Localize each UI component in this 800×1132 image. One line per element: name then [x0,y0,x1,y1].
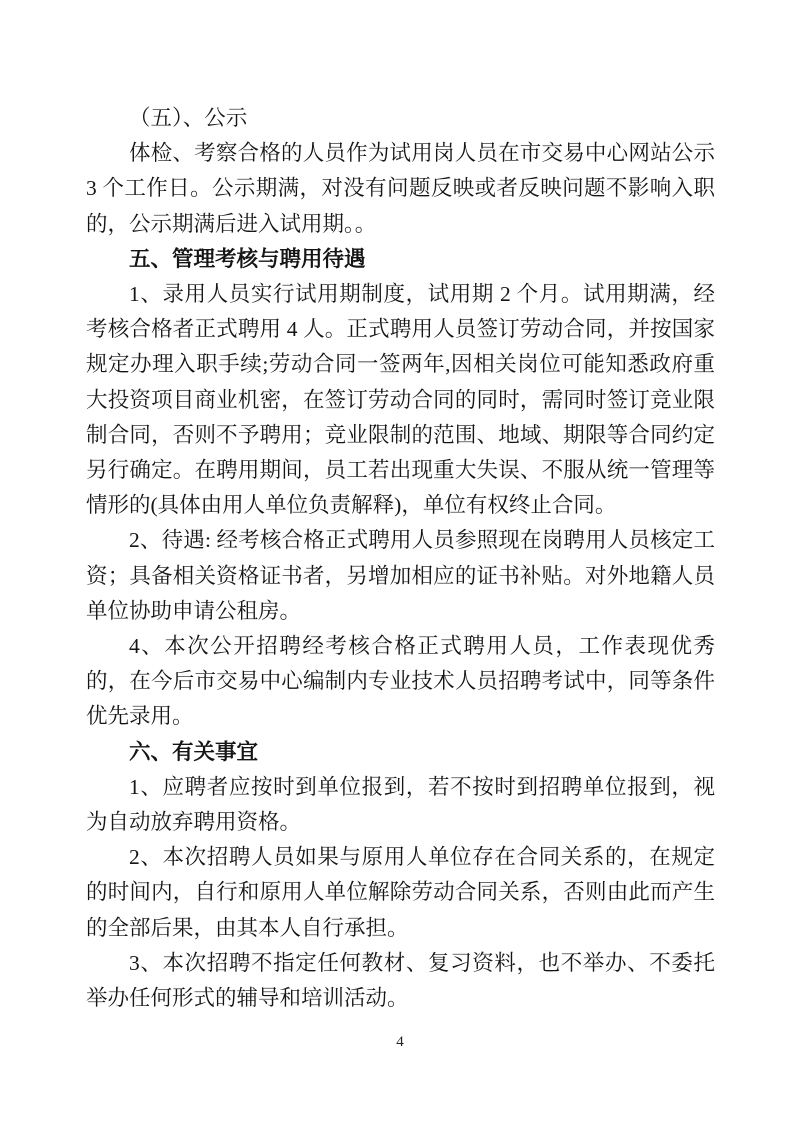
body-paragraph: 4、本次公开招聘经考核合格正式聘用人员，工作表现优秀的，在今后市交易中心编制内专… [86,629,715,735]
section-heading-6: 六、有关事宜 [86,735,715,770]
page-footer: 4 [0,1031,800,1053]
section-heading-5: 五、管理考核与聘用待遇 [86,242,715,277]
body-paragraph: 1、应聘者应按时到单位报到，若不按时到招聘单位报到，视为自动放弃聘用资格。 [86,770,715,840]
body-paragraph: 1、录用人员实行试用期制度，试用期 2 个月。试用期满，经考核合格者正式聘用 4… [86,277,715,523]
body-paragraph: 3、本次招聘不指定任何教材、复习资料，也不举办、不委托举办任何形式的辅导和培训活… [86,946,715,1016]
body-paragraph: 体检、考察合格的人员作为试用岗人员在市交易中心网站公示 3 个工作日。公示期满，… [86,136,715,242]
body-paragraph: 2、待遇: 经考核合格正式聘用人员参照现在岗聘用人员核定工资；具备相关资格证书者… [86,523,715,629]
body-paragraph: 2、本次招聘人员如果与原用人单位存在合同关系的，在规定的时间内，自行和原用人单位… [86,840,715,946]
page-number: 4 [396,1034,404,1050]
section-sub-label: （五）、公示 [86,101,715,136]
document-page: （五）、公示 体检、考察合格的人员作为试用岗人员在市交易中心网站公示 3 个工作… [0,0,800,1132]
document-body: （五）、公示 体检、考察合格的人员作为试用岗人员在市交易中心网站公示 3 个工作… [86,101,715,1016]
